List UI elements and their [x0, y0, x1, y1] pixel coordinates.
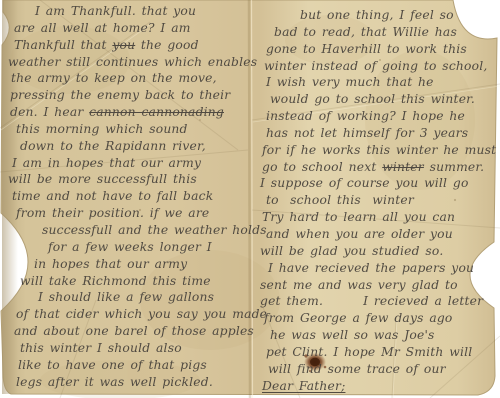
letter-line: instead of working? I hope he: [258, 108, 496, 125]
letter-line: I am Thankfull. that you: [8, 3, 252, 20]
letter-line: from George a few days ago: [258, 310, 496, 327]
letter-line: will find some trace of our: [258, 361, 496, 378]
struck-out-word: you: [112, 38, 135, 52]
struck-out-word: winter: [382, 160, 424, 174]
letter-line: den. I hear cannon cannonading: [8, 104, 252, 121]
letter-line: he was well so was Joe's: [258, 327, 496, 344]
letter-line: winter instead of going to school,: [258, 58, 496, 75]
letter-line: time and not have to fall back: [8, 188, 252, 205]
underlined-text: Dear Father;: [262, 379, 345, 393]
letter-line: sent me and was very glad to: [258, 277, 496, 294]
letter-line: this winter I should also: [8, 340, 252, 357]
letter-line: will take Richmond this time: [8, 273, 252, 290]
letter-line: from their position. if we are: [8, 205, 252, 222]
letter-line: bad to read, that Willie has: [258, 24, 496, 41]
letter-line: will be glad you studied so.: [258, 243, 496, 260]
letter-scan: I am Thankfull. that youare all well at …: [0, 0, 500, 398]
letter-line: Dear Father;: [258, 378, 496, 395]
letter-line: would go to school this winter.: [258, 91, 496, 108]
letter-line: I am in hopes that our army: [8, 155, 252, 172]
letter-line: this morning which sound: [8, 121, 252, 138]
letter-line: Thankfull that you the good: [8, 37, 252, 54]
letter-line: Try hard to learn all you can: [258, 209, 496, 226]
letter-line: I have recieved the papers you: [258, 260, 496, 277]
letter-line: get them. I recieved a letter: [258, 293, 496, 310]
letter-line: has not let himself for 3 years: [258, 125, 496, 142]
letter-line: for a few weeks longer I: [8, 239, 252, 256]
letter-line: of that cider which you say you made: [8, 306, 252, 323]
letter-line: will be more successfull this: [8, 171, 252, 188]
letter-line: in hopes that our army: [8, 256, 252, 273]
letter-column-right: but one thing, I feel sobad to read, tha…: [258, 7, 496, 394]
letter-line: pet Clint. I hope Mr Smith will: [258, 344, 496, 361]
letter-line: for if he works this winter he must: [258, 142, 496, 159]
letter-line: pressing the enemy back to their: [8, 87, 252, 104]
letter-line: legs after it was well pickled.: [8, 374, 252, 391]
letter-line: I should like a few gallons: [8, 289, 252, 306]
letter-line: are all well at home? I am: [8, 20, 252, 37]
letter-line: the army to keep on the move,: [8, 70, 252, 87]
letter-line: and when you are older you: [258, 226, 496, 243]
letter-line: successfull and the weather holds: [8, 222, 252, 239]
struck-out-word: cannon cannonading: [89, 105, 224, 119]
letter-line: I wish very much that he: [258, 74, 496, 91]
letter-line: go to school next winter summer.: [258, 159, 496, 176]
letter-column-left: I am Thankfull. that youare all well at …: [8, 3, 252, 390]
letter-line: gone to Haverhill to work this: [258, 41, 496, 58]
letter-line: but one thing, I feel so: [258, 7, 496, 24]
letter-line: and about one barel of those apples: [8, 323, 252, 340]
letter-line: weather still continues which enables: [8, 54, 252, 71]
letter-line: like to have one of that pigs: [8, 357, 252, 374]
letter-line: I suppose of course you will go: [258, 175, 496, 192]
letter-line: to school this winter: [258, 192, 496, 209]
letter-line: down to the Rapidann river,: [8, 138, 252, 155]
